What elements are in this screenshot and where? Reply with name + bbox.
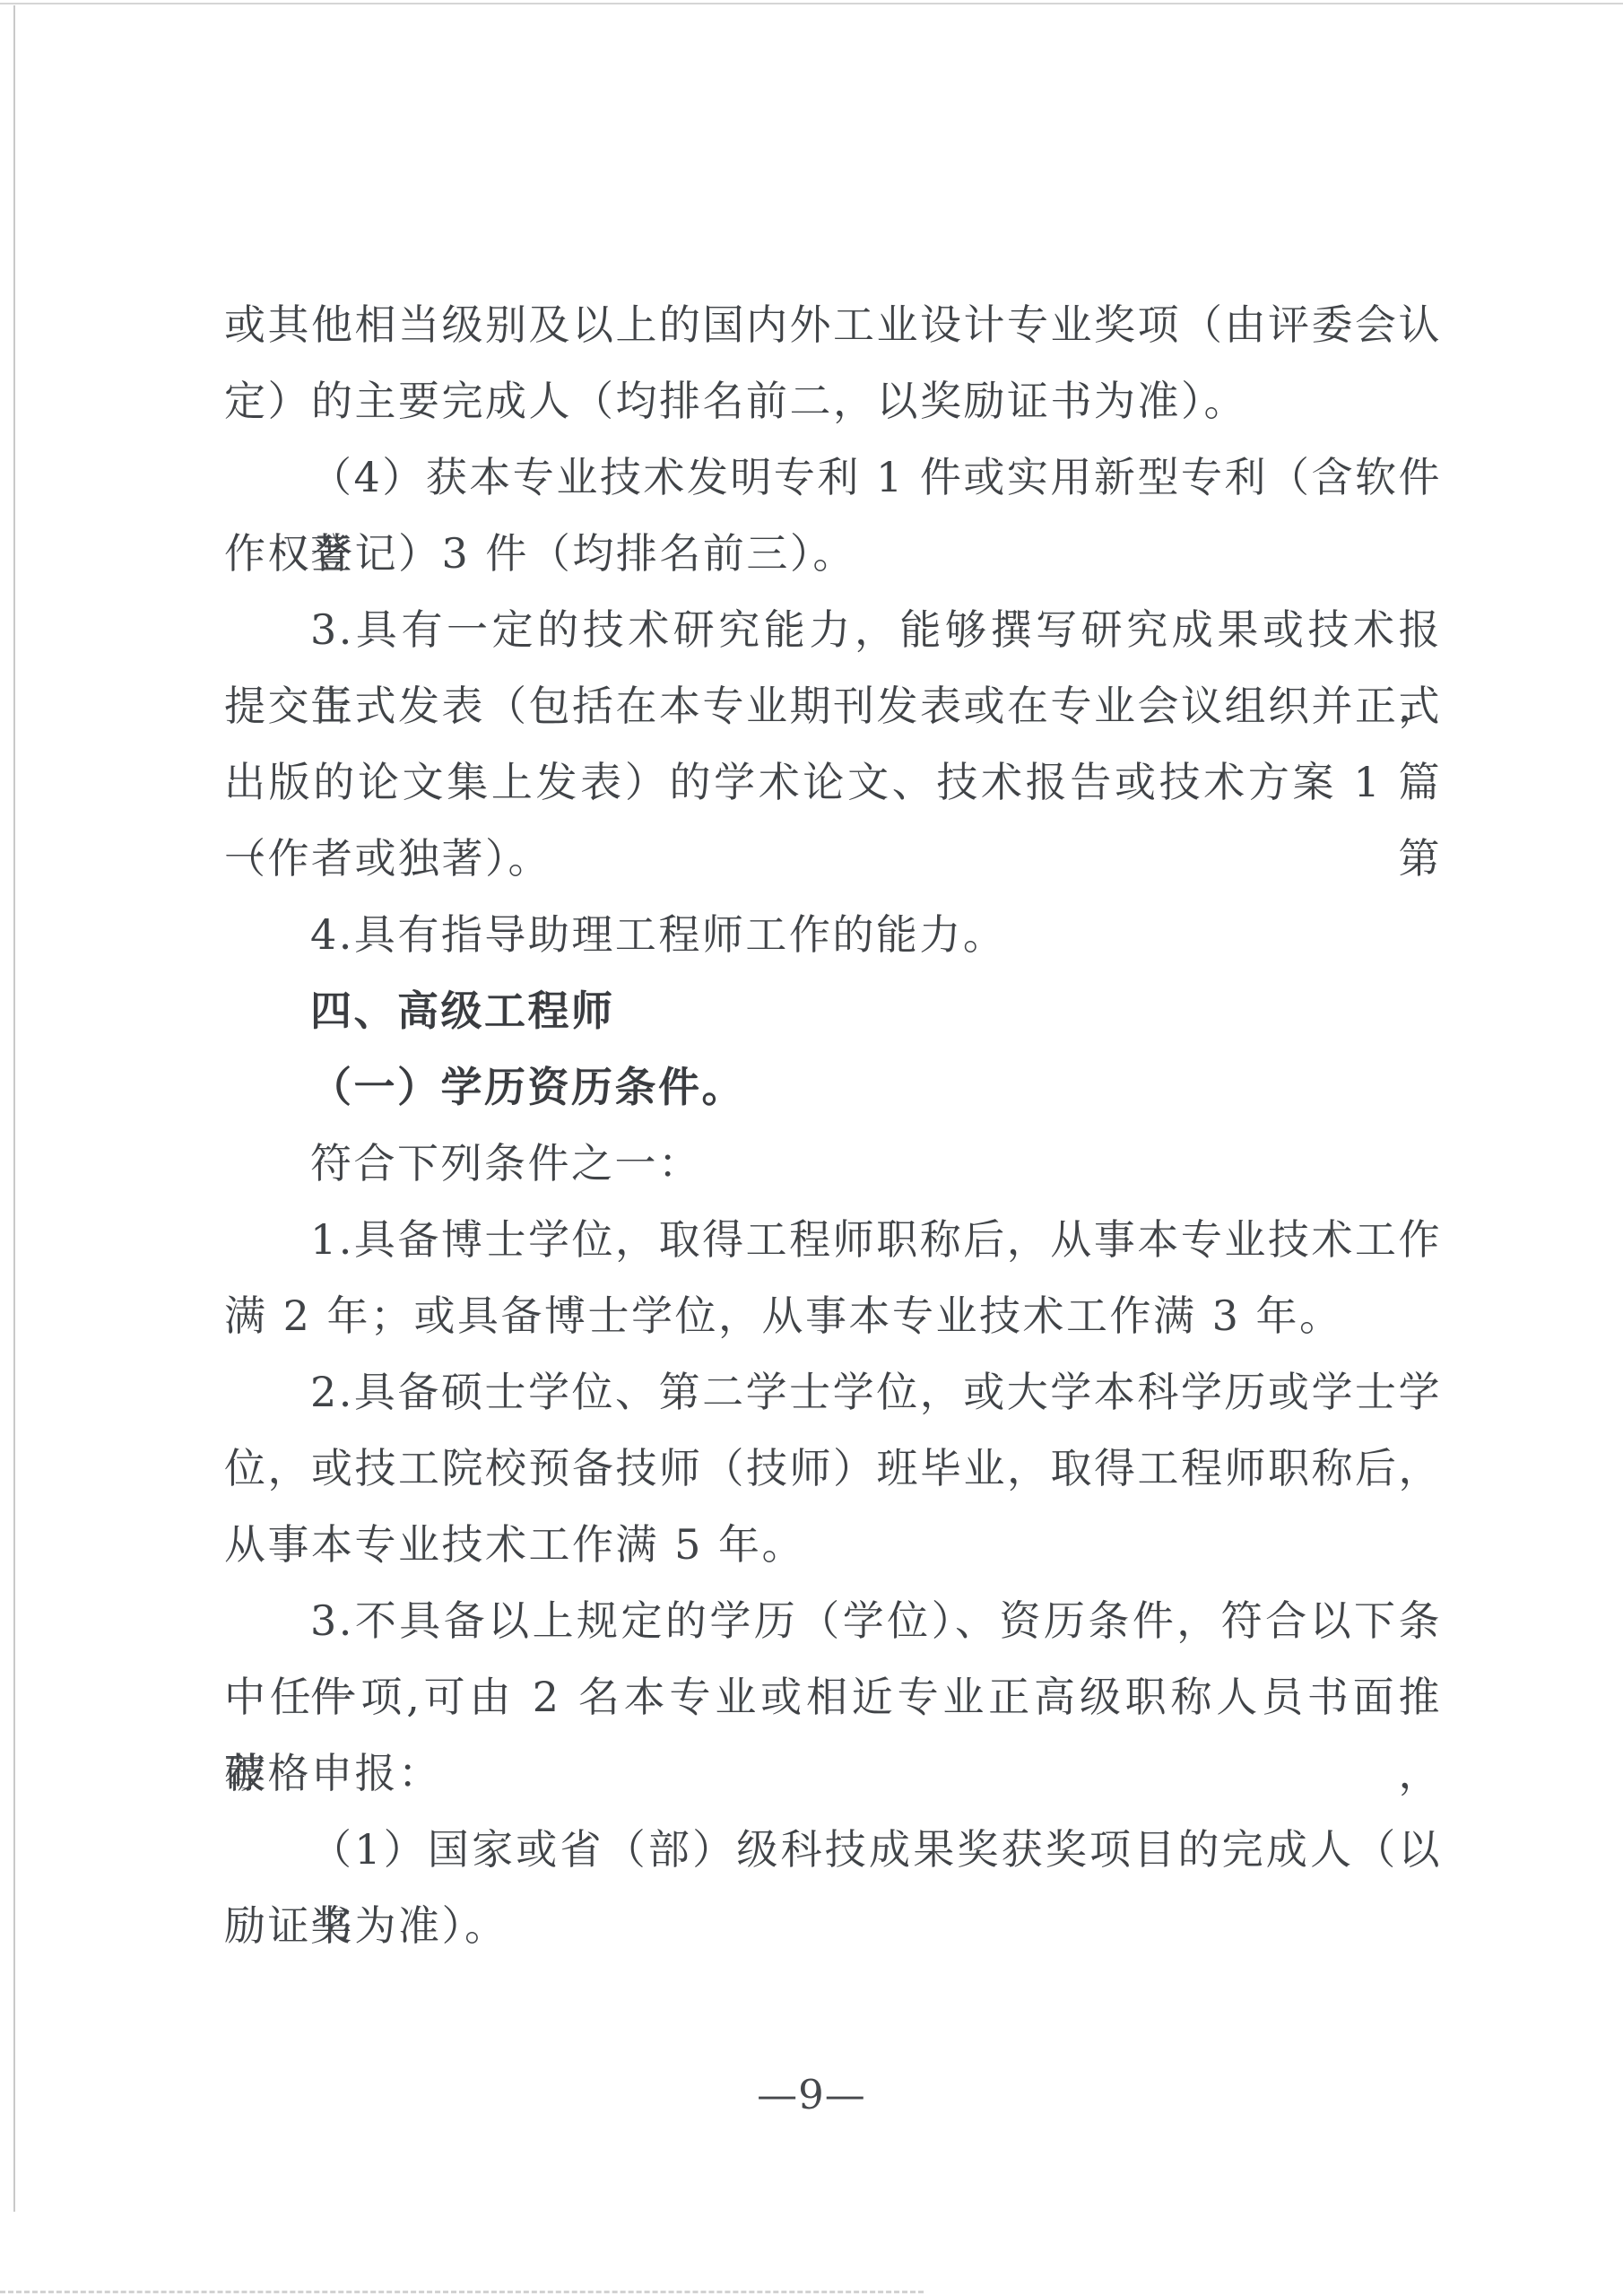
scan-edge-left: [13, 5, 15, 2212]
text-line: 提交正式发表（包括在本专业期刊发表或在专业会议组织并正式: [224, 668, 1442, 744]
text-line: 作权登记）3 件（均排名前三）。: [224, 516, 1442, 592]
text-line: （4）获本专业技术发明专利 1 件或实用新型专利（含软件著: [224, 439, 1442, 516]
text-line: 3.具有一定的技术研究能力，能够撰写研究成果或技术报告，: [224, 592, 1442, 668]
scan-edge-bottom: [0, 2291, 924, 2293]
text-line: 位，或技工院校预备技师（技师）班毕业，取得工程师职称后，: [224, 1431, 1442, 1507]
page-number: —9—: [0, 2057, 1623, 2133]
text-line: 或其他相当级别及以上的国内外工业设计专业奖项（由评委会认: [224, 287, 1442, 363]
scan-edge-top: [0, 3, 1623, 4]
text-line: 满 2 年；或具备博士学位，从事本专业技术工作满 3 年。: [224, 1278, 1442, 1354]
text-line: 励证书为准）。: [224, 1888, 1442, 1964]
text-line: 4.具有指导助理工程师工作的能力。: [224, 897, 1442, 973]
text-line: 3.不具备以上规定的学历（学位）、资历条件，符合以下条件: [224, 1583, 1442, 1659]
text-line: （1）国家或省（部）级科技成果奖获奖项目的完成人（以奖: [224, 1812, 1442, 1888]
text-line: 定）的主要完成人（均排名前二，以奖励证书为准）。: [224, 363, 1442, 439]
text-line: 符合下列条件之一：: [224, 1126, 1442, 1202]
document-page: 或其他相当级别及以上的国内外工业设计专业奖项（由评委会认定）的主要完成人（均排名…: [0, 0, 1623, 2296]
text-line: 出版的论文集上发表）的学术论文、技术报告或技术方案 1 篇（第: [224, 744, 1442, 821]
text-line: 中任一项,可由 2 名本专业或相近专业正高级职称人员书面推荐，: [224, 1659, 1442, 1735]
text-line: （一）学历资历条件。: [224, 1049, 1442, 1126]
text-line: 从事本专业技术工作满 5 年。: [224, 1507, 1442, 1583]
text-line: 2.具备硕士学位、第二学士学位，或大学本科学历或学士学: [224, 1354, 1442, 1431]
document-body: 或其他相当级别及以上的国内外工业设计专业奖项（由评委会认定）的主要完成人（均排名…: [224, 287, 1442, 1964]
text-line: 四、高级工程师: [224, 973, 1442, 1049]
text-line: 1.具备博士学位，取得工程师职称后，从事本专业技术工作: [224, 1202, 1442, 1278]
